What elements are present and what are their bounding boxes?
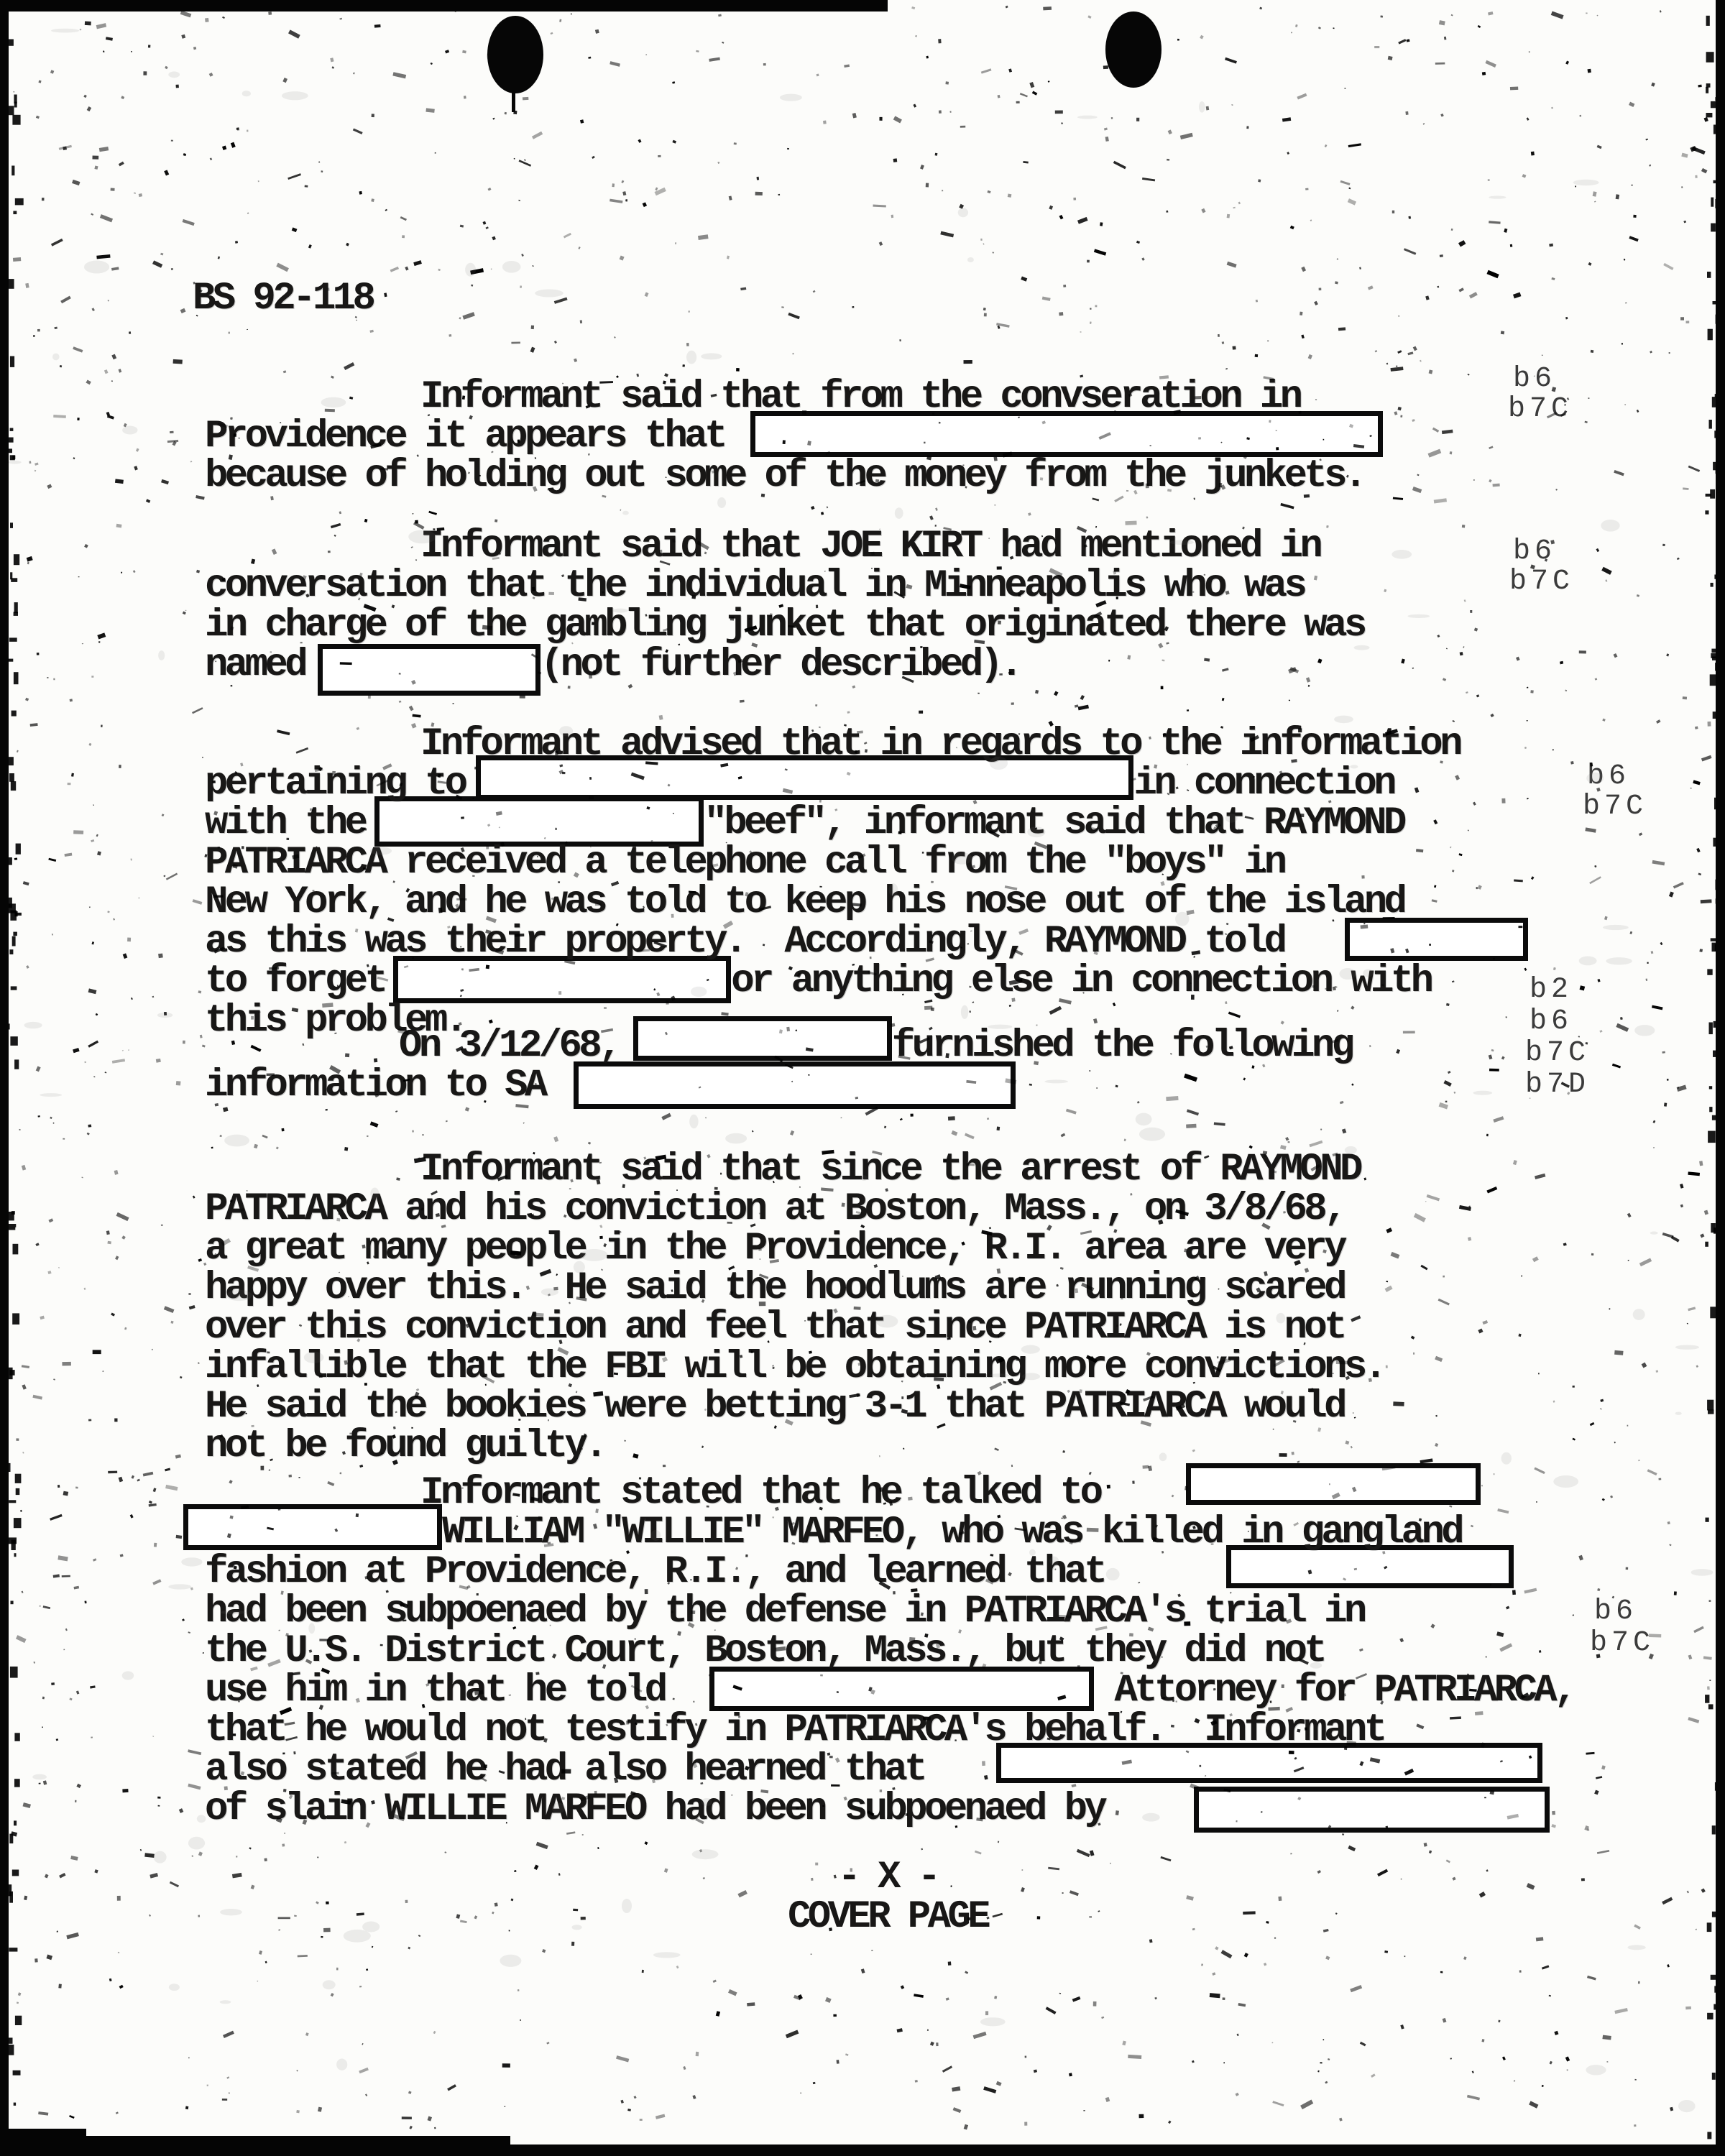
redaction-spacer <box>1104 1581 1514 1582</box>
text-run: in connection <box>1133 762 1393 806</box>
exemption-stamp: b6 <box>1513 363 1556 395</box>
text-line: Informant said that from the convseratio… <box>420 377 1299 417</box>
redaction-spacer <box>665 1700 1095 1700</box>
exemption-stamp: b7D <box>1525 1069 1590 1101</box>
text-line: Informant stated that he talked to <box>420 1473 1481 1513</box>
redaction-spacer <box>1100 1502 1481 1503</box>
text-run: pertaining to <box>205 762 464 806</box>
text-line: infallible that the FBI will be obtainin… <box>205 1347 1384 1387</box>
text-run: as this was their property. Accordingly,… <box>205 920 1284 964</box>
scan-edge-top <box>0 0 888 11</box>
hole-punch-thread <box>512 91 515 112</box>
text-line: On 3/12/68,furnished the following <box>399 1026 1351 1066</box>
text-line: also stated he had also hearned that <box>205 1750 1542 1789</box>
text-line: the U.S. District Court, Boston, Mass., … <box>205 1631 1324 1671</box>
text-line: in charge of the gambling junket that or… <box>205 606 1364 645</box>
exemption-stamp: b6 <box>1513 535 1556 568</box>
exemption-stamp: b6 <box>1594 1595 1637 1628</box>
text-line: not be found guilty. <box>205 1427 604 1466</box>
text-run: infallible that the FBI will be obtainin… <box>205 1345 1384 1389</box>
cover-page-label: COVER PAGE <box>50 1897 1725 1937</box>
redaction-spacer <box>205 1542 442 1542</box>
text-line: Providence it appears that <box>205 417 1383 456</box>
text-line: happy over this. He said the hoodlums ar… <box>205 1268 1344 1308</box>
text-line: WILLIAM "WILLIE" MARFEO, who was killed … <box>205 1513 1461 1552</box>
text-run: fashion at Providence, R.I., and learned… <box>205 1550 1104 1594</box>
text-run: Informant said that JOE KIRT had mention… <box>420 525 1320 568</box>
text-run: (not further described). <box>540 643 1020 687</box>
text-run: furnished the following <box>892 1024 1352 1068</box>
text-line: named (not further described). <box>205 645 1020 685</box>
page-number-mark: - X - <box>50 1858 1725 1897</box>
text-run: happy over this. He said the hoodlums ar… <box>205 1266 1344 1310</box>
text-run: Informant advised that in regards to the… <box>420 722 1460 766</box>
text-run: On 3/12/68, <box>399 1024 619 1068</box>
document-page: BS 92-118 Informant said that from the c… <box>0 0 1725 2156</box>
scan-edge-left <box>0 0 9 2156</box>
hole-punch-right-icon <box>1105 11 1161 88</box>
text-line: had been subpoenaed by the defense in PA… <box>205 1592 1364 1631</box>
hole-punch-left-icon <box>487 16 543 93</box>
case-number: BS 92-118 <box>193 279 372 318</box>
text-run: or anything else in connection with <box>731 959 1430 1003</box>
exemption-stamp: b7C <box>1509 566 1574 598</box>
exemption-stamp: b6 <box>1529 1005 1573 1038</box>
text-line: a great many people in the Providence, R… <box>205 1229 1344 1268</box>
text-run: also stated he had also hearned that <box>205 1748 924 1792</box>
exemption-stamp: b2 <box>1529 974 1573 1006</box>
redaction-spacer <box>385 990 731 991</box>
text-line: use him in that he told Attorney for PAT… <box>205 1671 1574 1710</box>
text-run: New York, and he was told to keep his no… <box>205 880 1404 924</box>
exemption-stamp: b7C <box>1590 1627 1655 1659</box>
redaction-spacer <box>1284 951 1529 952</box>
text-run: Informant said that from the convseratio… <box>420 375 1299 419</box>
text-run: Providence it appears that <box>205 415 745 459</box>
text-run: a great many people in the Providence, R… <box>205 1227 1344 1271</box>
text-run: He said the bookies were betting 3-1 tha… <box>205 1385 1344 1429</box>
scan-edge-bottom-thin <box>323 2145 1725 2156</box>
scan-edge-bottom-corner <box>0 2129 86 2156</box>
text-line: of slain WILLIE MARFEO had been subpoena… <box>205 1789 1550 1829</box>
text-run: PATRIARCA received a telephone call from… <box>205 841 1284 885</box>
redaction-spacer <box>745 446 1383 446</box>
redaction-spacer <box>619 1055 892 1056</box>
text-line: that he would not testify in PATRIARCA's… <box>205 1710 1384 1750</box>
text-run: in charge of the gambling junket that or… <box>205 604 1364 648</box>
text-line: New York, and he was told to keep his no… <box>205 883 1404 922</box>
scan-edge-right <box>1716 0 1725 2156</box>
text-line: Informant said that JOE KIRT had mention… <box>420 527 1320 566</box>
text-line: with the"beef", informant said that RAYM… <box>205 803 1404 843</box>
text-run: because of holding out some of the money… <box>205 454 1364 498</box>
redaction-spacer <box>924 1779 1542 1779</box>
text-run: with the <box>205 801 364 845</box>
text-line: fashion at Providence, R.I., and learned… <box>205 1552 1514 1592</box>
exemption-stamp: b6 <box>1587 760 1630 793</box>
text-run: conversation that the individual in Minn… <box>205 564 1304 608</box>
text-run: not be found guilty. <box>205 1424 604 1468</box>
text-run: had been subpoenaed by the defense in PA… <box>205 1590 1364 1634</box>
exemption-stamp: b7C <box>1583 791 1647 823</box>
text-run: Informant said that since the arrest of … <box>420 1148 1360 1192</box>
redaction-spacer <box>464 793 1133 793</box>
text-line: because of holding out some of the money… <box>205 456 1364 496</box>
text-line: information to SA <box>205 1066 1016 1105</box>
text-line: Informant advised that in regards to the… <box>420 724 1460 764</box>
text-run: use him in that he told <box>205 1669 665 1713</box>
redaction-spacer <box>325 674 540 675</box>
text-run: PATRIARCA and his conviction at Boston, … <box>205 1187 1344 1231</box>
text-line: He said the bookies were betting 3-1 tha… <box>205 1387 1344 1427</box>
text-run: Informant stated that he talked to <box>420 1471 1100 1515</box>
text-run: named <box>205 643 325 687</box>
exemption-stamp: b7C <box>1508 393 1573 425</box>
text-run: that he would not testify in PATRIARCA's… <box>205 1708 1384 1752</box>
text-run: information to SA <box>205 1064 545 1107</box>
text-line: over this conviction and feel that since… <box>205 1308 1344 1347</box>
text-line: PATRIARCA received a telephone call from… <box>205 843 1284 883</box>
redaction-spacer <box>364 832 704 833</box>
text-run: "beef", informant said that RAYMOND <box>704 801 1403 845</box>
text-run: Attorney for PATRIARCA, <box>1095 1669 1574 1713</box>
text-run: over this conviction and feel that since… <box>205 1306 1344 1350</box>
text-line: as this was their property. Accordingly,… <box>205 922 1529 962</box>
text-line: to forgetor anything else in connection … <box>205 962 1430 1001</box>
text-run: of slain WILLIE MARFEO had been subpoena… <box>205 1787 1104 1831</box>
redaction-spacer <box>1104 1818 1550 1819</box>
exemption-stamp: b7C <box>1525 1037 1590 1069</box>
text-line: pertaining toin connection <box>205 764 1394 803</box>
text-line: conversation that the individual in Minn… <box>205 566 1304 606</box>
text-run: to forget <box>205 959 385 1003</box>
redaction-spacer <box>545 1095 1016 1095</box>
text-line: PATRIARCA and his conviction at Boston, … <box>205 1189 1344 1229</box>
text-run: WILLIAM "WILLIE" MARFEO, who was killed … <box>442 1511 1461 1554</box>
text-run: the U.S. District Court, Boston, Mass., … <box>205 1629 1324 1673</box>
text-line: Informant said that since the arrest of … <box>420 1150 1360 1189</box>
page-footer: - X - COVER PAGE <box>50 1858 1725 1937</box>
